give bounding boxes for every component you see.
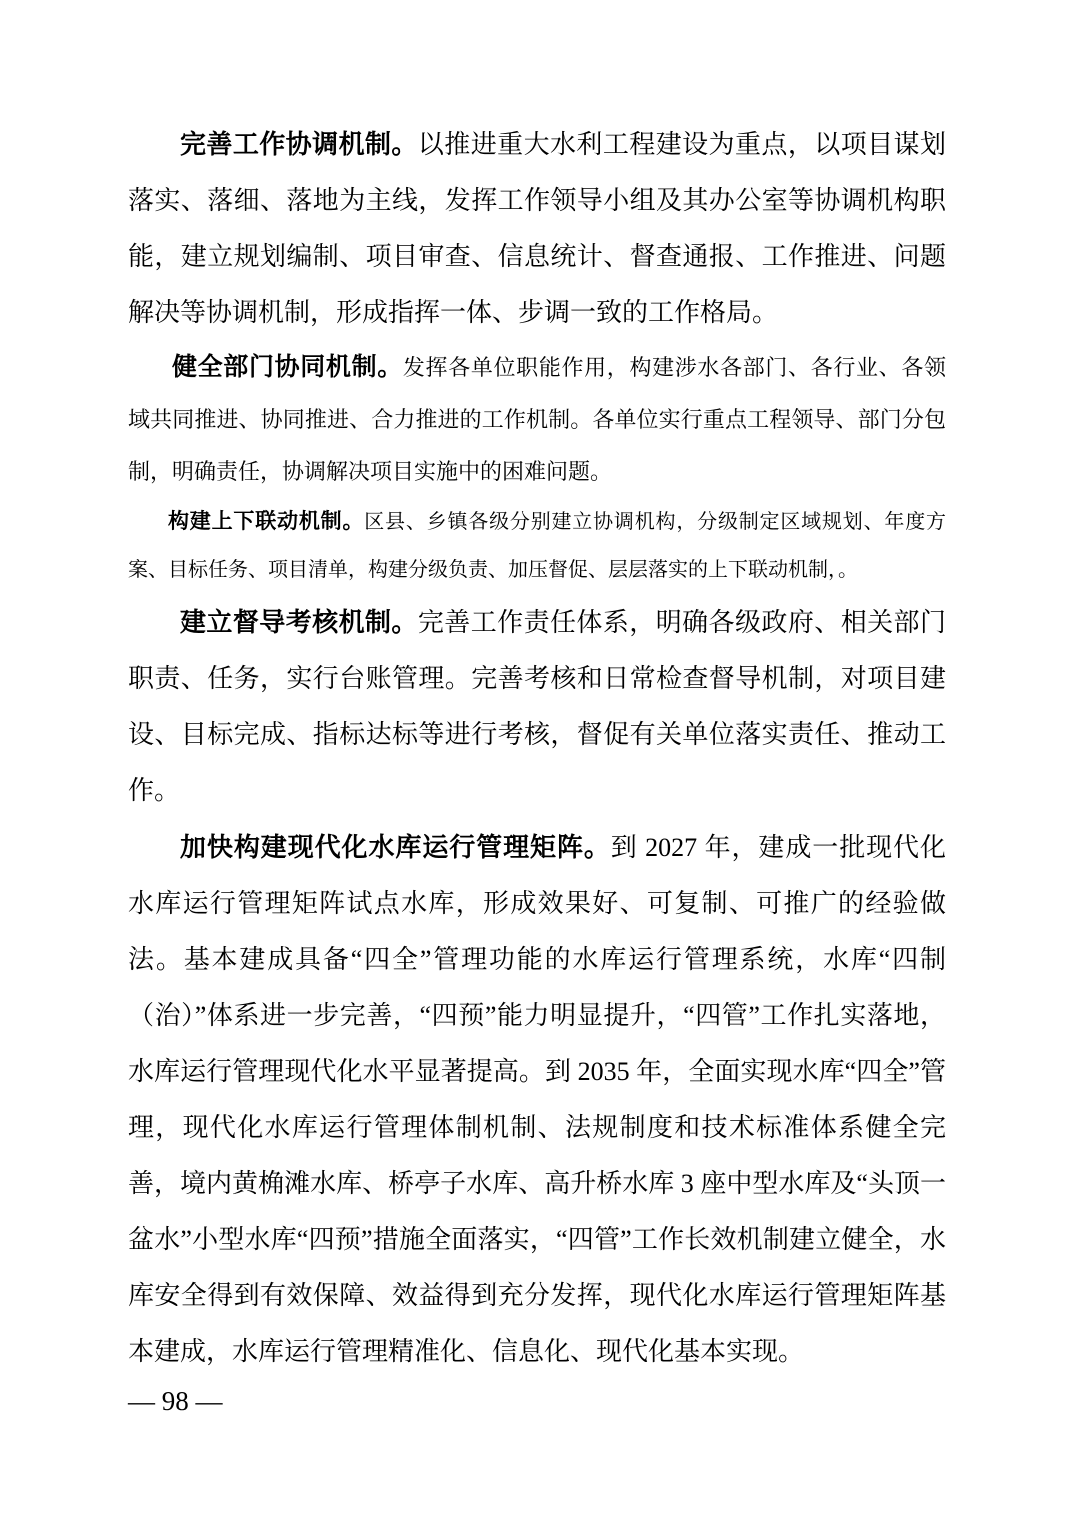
paragraph-lead: 健全部门协同机制。 bbox=[172, 353, 403, 381]
paragraph-work-coordination: 完善工作协调机制。以推进重大水利工程建设为重点，以项目谋划落实、落细、落地为主线… bbox=[128, 116, 946, 341]
paragraph-reservoir-matrix: 加快构建现代化水库运行管理矩阵。到 2027 年，建成一批现代化水库运行管理矩阵… bbox=[128, 819, 946, 1380]
paragraph-body: 以推进重大水利工程建设为重点，以项目谋划落实、落细、落地为主线，发挥工作领导小组… bbox=[128, 130, 946, 327]
paragraph-body: 到 2027 年，建成一批现代化水库运行管理矩阵试点水库，形成效果好、可复制、可… bbox=[128, 833, 946, 1366]
paragraph-lead: 构建上下联动机制。 bbox=[168, 510, 364, 533]
paragraph-linkage-mechanism: 构建上下联动机制。区县、乡镇各级分别建立协调机构，分级制定区域规划、年度方案、目… bbox=[128, 498, 946, 594]
paragraph-lead: 完善工作协调机制。 bbox=[180, 129, 418, 159]
document-content: 完善工作协调机制。以推进重大水利工程建设为重点，以项目谋划落实、落细、落地为主线… bbox=[128, 116, 946, 1380]
page-number: — 98 — bbox=[128, 1386, 223, 1417]
paragraph-supervision-assessment: 建立督导考核机制。完善工作责任体系，明确各级政府、相关部门职责、任务，实行台账管… bbox=[128, 594, 946, 819]
paragraph-lead: 建立督导考核机制。 bbox=[180, 607, 418, 637]
paragraph-lead: 加快构建现代化水库运行管理矩阵。 bbox=[180, 832, 611, 862]
document-page: 完善工作协调机制。以推进重大水利工程建设为重点，以项目谋划落实、落细、落地为主线… bbox=[0, 0, 1074, 1520]
paragraph-department-synergy: 健全部门协同机制。发挥各单位职能作用，构建涉水各部门、各行业、各领域共同推进、协… bbox=[128, 341, 946, 498]
paragraph-body: 完善工作责任体系，明确各级政府、相关部门职责、任务，实行台账管理。完善考核和日常… bbox=[128, 608, 946, 805]
